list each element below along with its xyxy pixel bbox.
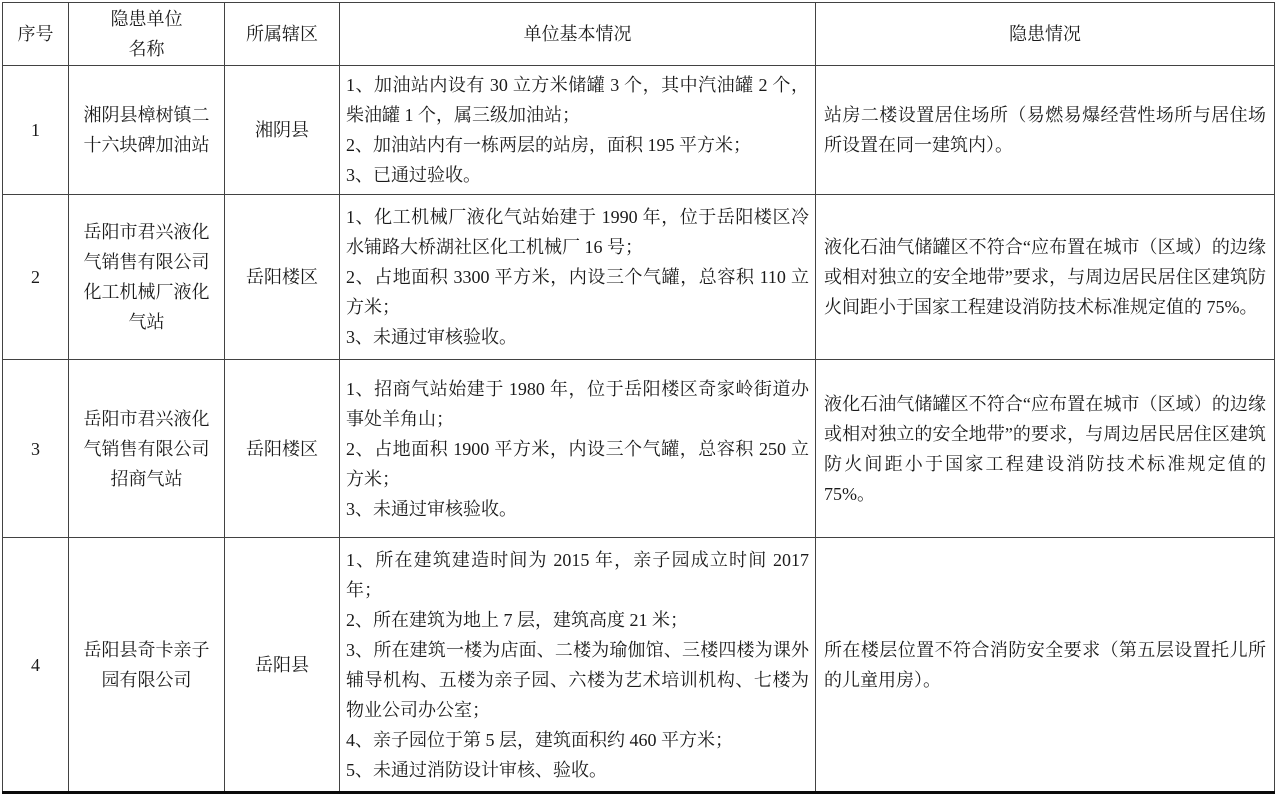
- header-basic-info: 单位基本情况: [340, 3, 816, 66]
- basic-info-item: 1、招商气站始建于 1980 年，位于岳阳楼区奇家岭街道办事处羊角山；: [346, 374, 809, 434]
- unit-name-cell: 湘阴县樟树镇二十六块碑加油站: [69, 66, 225, 195]
- basic-info-item: 1、加油站内设有 30 立方米储罐 3 个，其中汽油罐 2 个，柴油罐 1 个，…: [346, 70, 809, 130]
- table-header: 序号 隐患单位 名称 所属辖区 单位基本情况 隐患情况: [3, 3, 1275, 66]
- row-number-cell: 4: [3, 538, 69, 793]
- basic-info-cell: 1、所在建筑建造时间为 2015 年，亲子园成立时间 2017 年； 2、所在建…: [340, 538, 816, 793]
- basic-info-item: 2、所在建筑为地上 7 层，建筑高度 21 米；: [346, 605, 809, 635]
- header-row: 序号 隐患单位 名称 所属辖区 单位基本情况 隐患情况: [3, 3, 1275, 66]
- table-row: 3 岳阳市君兴液化气销售有限公司招商气站 岳阳楼区 1、招商气站始建于 1980…: [3, 360, 1275, 538]
- district-cell: 湘阴县: [225, 66, 340, 195]
- hazard-cell: 站房二楼设置居住场所（易燃易爆经营性场所与居住场所设置在同一建筑内）。: [816, 66, 1275, 195]
- unit-name-cell: 岳阳市君兴液化气销售有限公司化工机械厂液化气站: [69, 195, 225, 360]
- hazard-cell: 液化石油气储罐区不符合“应布置在城市（区域）的边缘或相对独立的安全地带”要求，与…: [816, 195, 1275, 360]
- basic-info-item: 2、占地面积 1900 平方米，内设三个气罐，总容积 250 立方米；: [346, 434, 809, 494]
- basic-info-item: 1、所在建筑建造时间为 2015 年，亲子园成立时间 2017 年；: [346, 545, 809, 605]
- document-page: 序号 隐患单位 名称 所属辖区 单位基本情况 隐患情况 1 湘阴县樟树镇二十六块…: [0, 0, 1280, 790]
- table-row: 2 岳阳市君兴液化气销售有限公司化工机械厂液化气站 岳阳楼区 1、化工机械厂液化…: [3, 195, 1275, 360]
- header-hazard: 隐患情况: [816, 3, 1275, 66]
- district-cell: 岳阳楼区: [225, 360, 340, 538]
- row-number-cell: 3: [3, 360, 69, 538]
- hazard-table: 序号 隐患单位 名称 所属辖区 单位基本情况 隐患情况 1 湘阴县樟树镇二十六块…: [2, 2, 1275, 794]
- basic-info-item: 2、占地面积 3300 平方米，内设三个气罐，总容积 110 立方米；: [346, 262, 809, 322]
- district-cell: 岳阳楼区: [225, 195, 340, 360]
- unit-name-cell: 岳阳市君兴液化气销售有限公司招商气站: [69, 360, 225, 538]
- unit-name-cell: 岳阳县奇卡亲子园有限公司: [69, 538, 225, 793]
- table-row: 4 岳阳县奇卡亲子园有限公司 岳阳县 1、所在建筑建造时间为 2015 年，亲子…: [3, 538, 1275, 793]
- basic-info-item: 3、未通过审核验收。: [346, 322, 809, 352]
- basic-info-cell: 1、加油站内设有 30 立方米储罐 3 个，其中汽油罐 2 个，柴油罐 1 个，…: [340, 66, 816, 195]
- row-number-cell: 2: [3, 195, 69, 360]
- basic-info-item: 4、亲子园位于第 5 层，建筑面积约 460 平方米；: [346, 725, 809, 755]
- header-district: 所属辖区: [225, 3, 340, 66]
- header-no: 序号: [3, 3, 69, 66]
- basic-info-item: 5、未通过消防设计审核、验收。: [346, 755, 809, 785]
- basic-info-item: 3、所在建筑一楼为店面、二楼为瑜伽馆、三楼四楼为课外辅导机构、五楼为亲子园、六楼…: [346, 635, 809, 725]
- district-cell: 岳阳县: [225, 538, 340, 793]
- basic-info-cell: 1、招商气站始建于 1980 年，位于岳阳楼区奇家岭街道办事处羊角山； 2、占地…: [340, 360, 816, 538]
- basic-info-cell: 1、化工机械厂液化气站始建于 1990 年，位于岳阳楼区冷水铺路大桥湖社区化工机…: [340, 195, 816, 360]
- hazard-cell: 所在楼层位置不符合消防安全要求（第五层设置托儿所的儿童用房）。: [816, 538, 1275, 793]
- basic-info-item: 1、化工机械厂液化气站始建于 1990 年，位于岳阳楼区冷水铺路大桥湖社区化工机…: [346, 202, 809, 262]
- row-number-cell: 1: [3, 66, 69, 195]
- basic-info-item: 3、已通过验收。: [346, 160, 809, 190]
- header-unit-name: 隐患单位 名称: [69, 3, 225, 66]
- basic-info-item: 2、加油站内有一栋两层的站房，面积 195 平方米；: [346, 130, 809, 160]
- hazard-cell: 液化石油气储罐区不符合“应布置在城市（区域）的边缘或相对独立的安全地带”的要求，…: [816, 360, 1275, 538]
- table-row: 1 湘阴县樟树镇二十六块碑加油站 湘阴县 1、加油站内设有 30 立方米储罐 3…: [3, 66, 1275, 195]
- basic-info-item: 3、未通过审核验收。: [346, 494, 809, 524]
